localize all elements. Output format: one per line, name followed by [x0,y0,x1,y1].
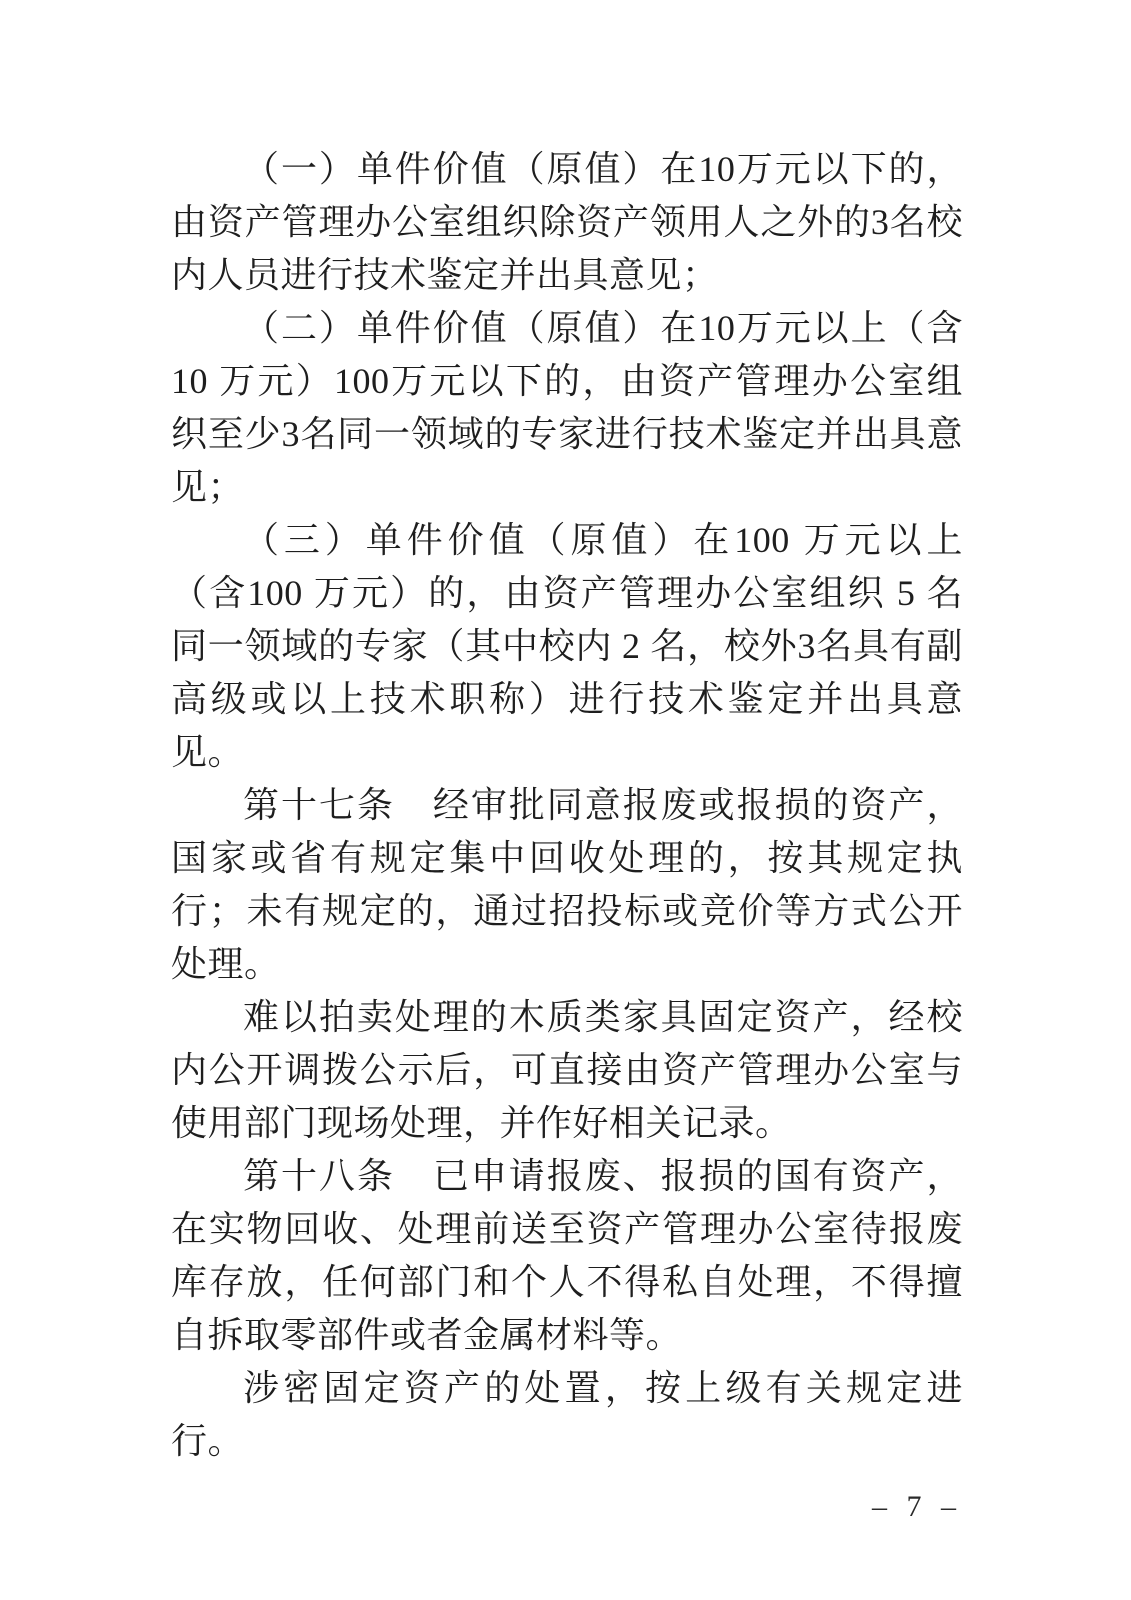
article-17: 第十七条 经审批同意报废或报损的资产，国家或省有规定集中回收处理的，按其规定执行… [171,779,963,991]
article-18-para-2: 涉密固定资产的处置，按上级有关规定进行。 [171,1362,963,1468]
page-number: – 7 – [872,1490,962,1524]
document-page: （一）单件价值（原值）在10万元以下的，由资产管理办公室组织除资产领用人之外的3… [0,0,1131,1600]
clause-item-2: （二）单件价值（原值）在10万元以上（含 10 万元）100万元以下的，由资产管… [171,302,963,514]
clause-item-3: （三）单件价值（原值）在100 万元以上（含100 万元）的，由资产管理办公室组… [171,514,963,779]
article-18: 第十八条 已申请报废、报损的国有资产，在实物回收、处理前送至资产管理办公室待报废… [171,1150,963,1362]
document-body: （一）单件价值（原值）在10万元以下的，由资产管理办公室组织除资产领用人之外的3… [171,143,963,1468]
article-17-para-2: 难以拍卖处理的木质类家具固定资产，经校内公开调拨公示后，可直接由资产管理办公室与… [171,991,963,1150]
clause-item-1: （一）单件价值（原值）在10万元以下的，由资产管理办公室组织除资产领用人之外的3… [171,143,963,302]
